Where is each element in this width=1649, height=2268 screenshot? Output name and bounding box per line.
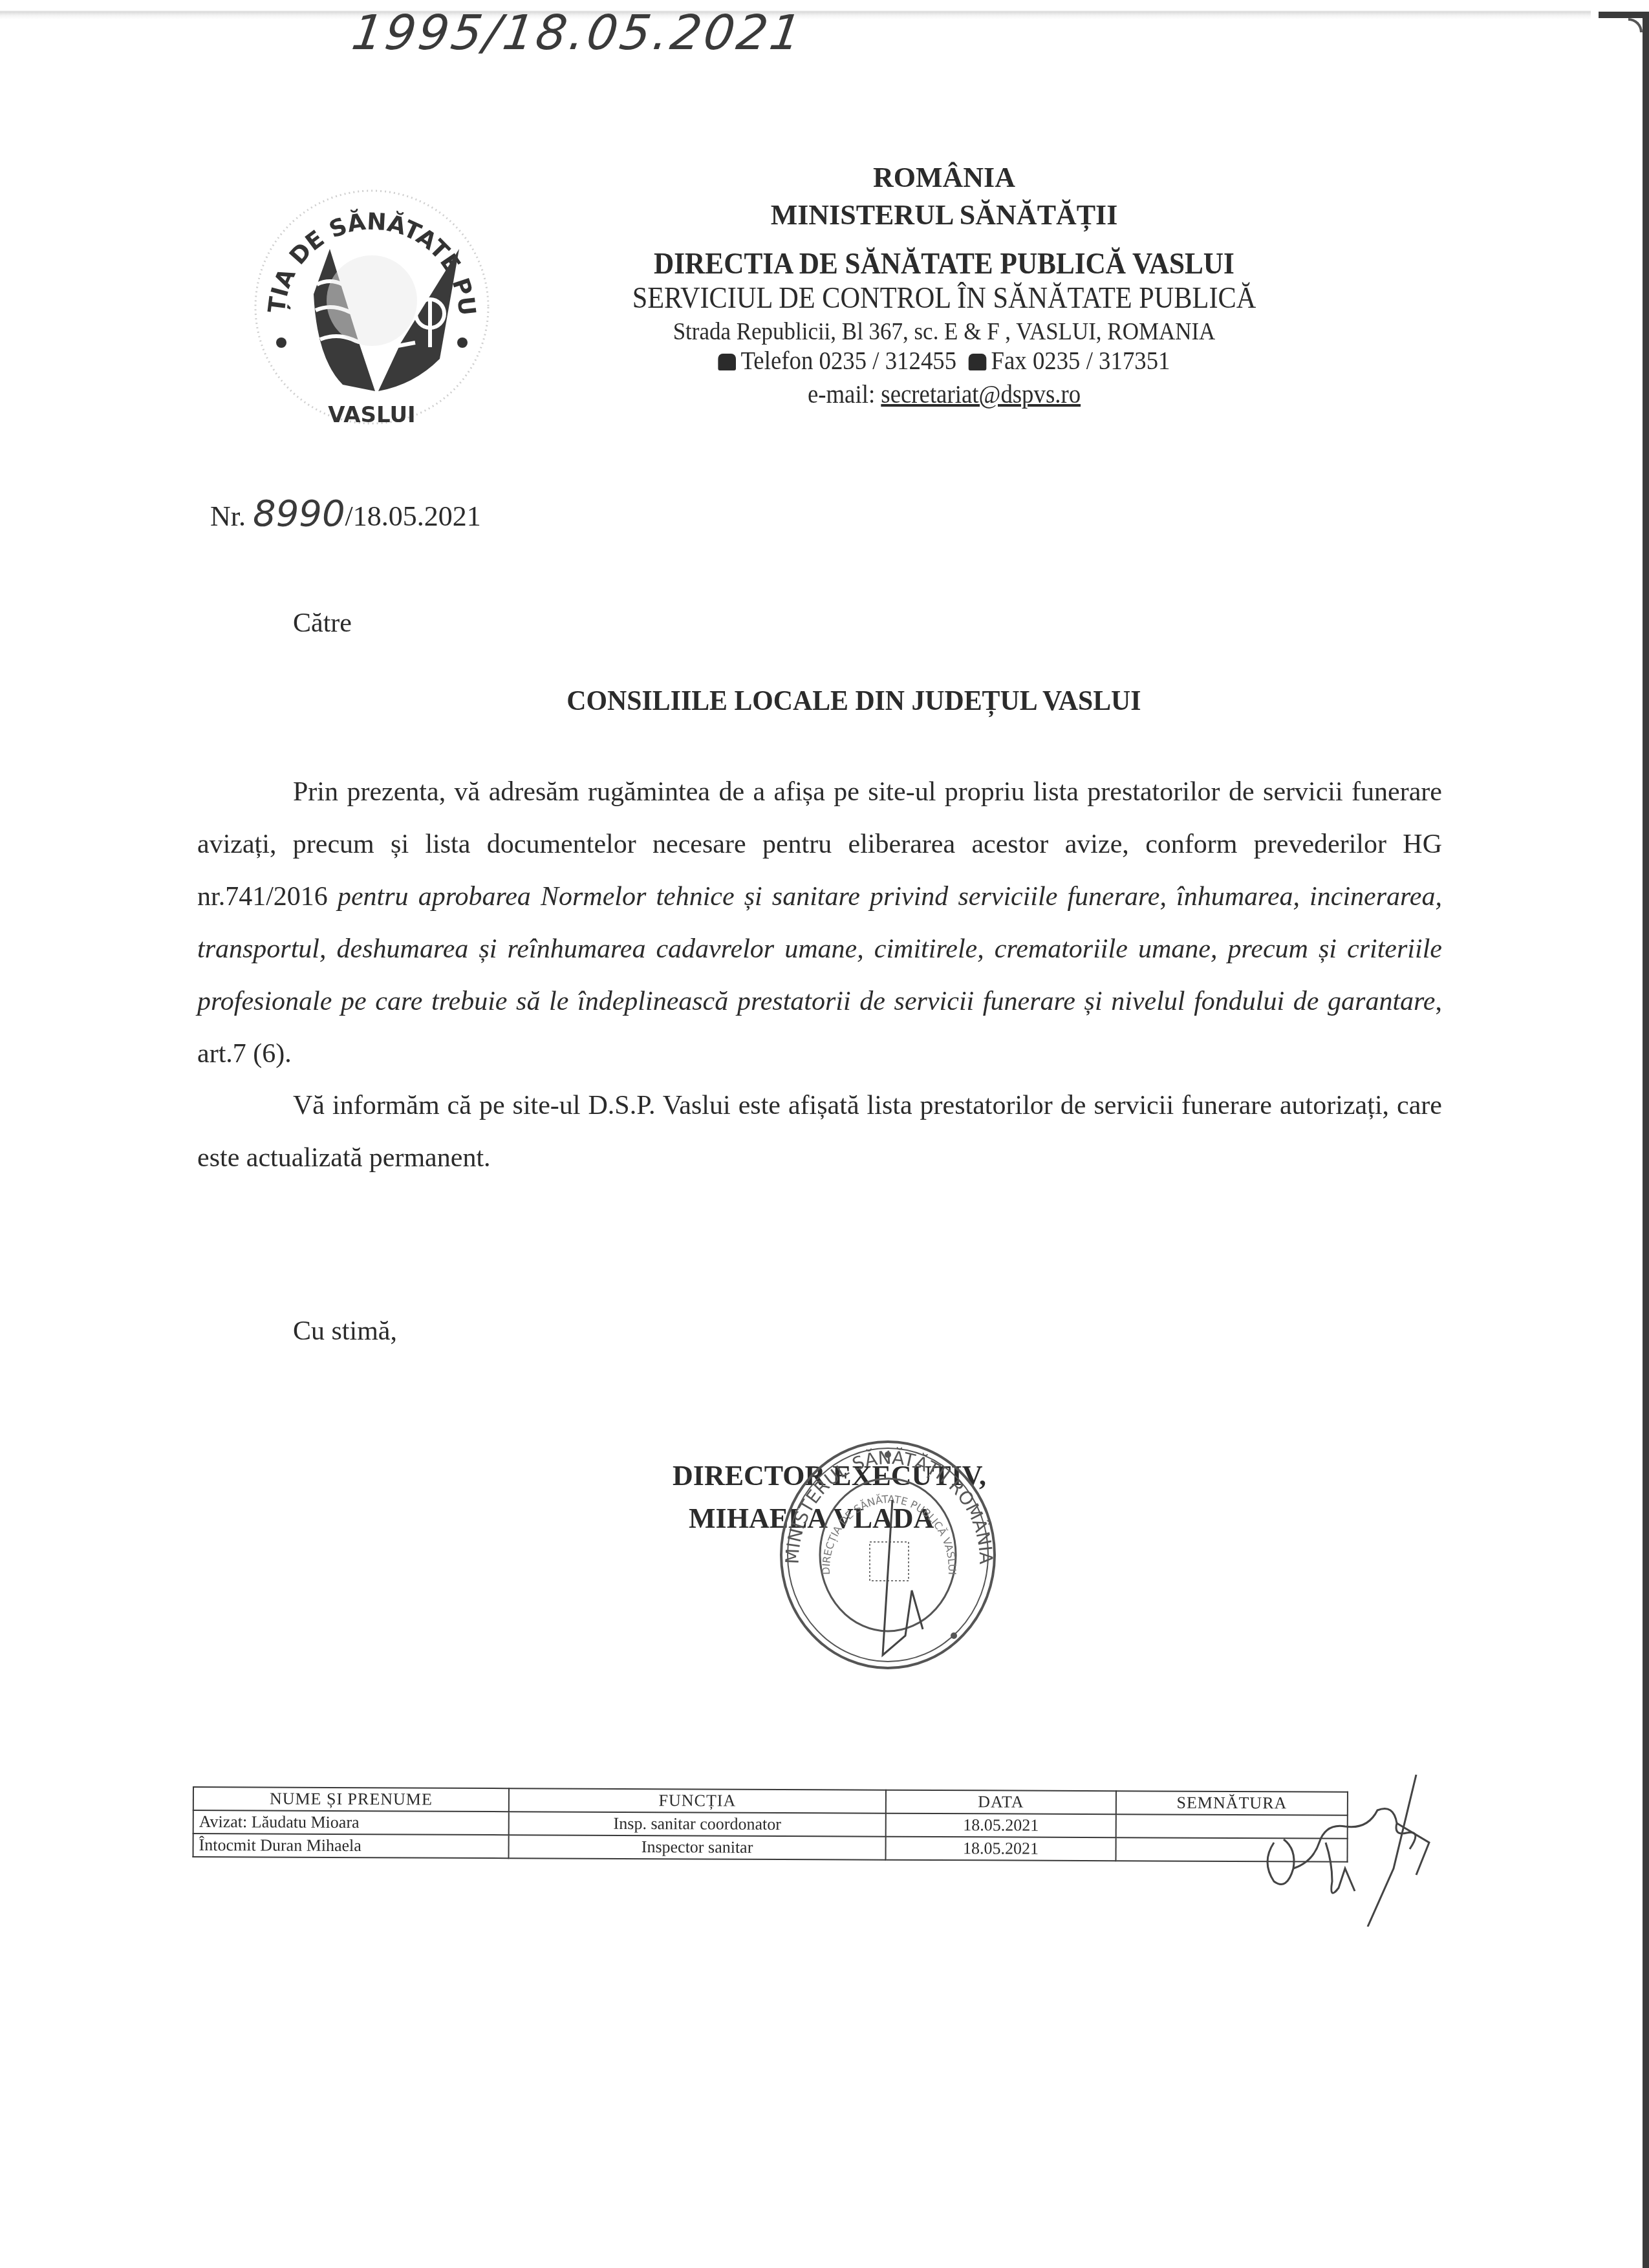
cell-date: 18.05.2021 — [886, 1837, 1116, 1861]
approval-table: NUME ȘI PRENUME FUNCȚIA DATA SEMNĂTURA A… — [193, 1786, 1348, 1863]
body-paragraph-2: Vă informăm că pe site-ul D.S.P. Vaslui … — [197, 1080, 1442, 1184]
contact-line: Telefon 0235 / 312455 Fax 0235 / 317351 — [587, 348, 1301, 374]
dsp-vaslui-emblem-icon: DIRECȚIA DE SĂNĂTATE PUBLICĂ VASLUI — [246, 178, 498, 436]
directorate-heading: DIRECTIA DE SĂNĂTATE PUBLICĂ VASLUI — [587, 249, 1301, 279]
svg-text:VASLUI: VASLUI — [328, 402, 416, 428]
header-date: DATA — [886, 1790, 1116, 1815]
letterhead: ROMÂNIA MINISTERUL SĂNĂTĂȚII DIRECTIA DE… — [556, 158, 1332, 407]
letter-body: Prin prezenta, vă adresăm rugămintea de … — [197, 766, 1442, 1184]
body-paragraph-1: Prin prezenta, vă adresăm rugămintea de … — [197, 766, 1442, 1080]
email-line: e-mail: secretariat@dspvs.ro — [587, 381, 1301, 407]
header-function: FUNCȚIA — [509, 1788, 886, 1813]
cell-function: Insp. sanitar coordonator — [509, 1812, 886, 1837]
ministry-heading: MINISTERUL SĂNĂTĂȚII — [556, 201, 1332, 230]
service-heading: SERVICIUL DE CONTROL ÎN SĂNĂTATE PUBLICĂ — [587, 283, 1301, 313]
email-label: e-mail: — [808, 380, 881, 409]
reference-date: /18.05.2021 — [345, 500, 481, 532]
handwritten-registration-mark: 1995/18.05.2021 — [349, 5, 807, 61]
fax-number: Fax 0235 / 317351 — [991, 346, 1170, 375]
handwritten-signature-icon — [1255, 1771, 1468, 1927]
addressee-intro: Către — [293, 608, 352, 639]
cell-name: Întocmit Duran Mihaela — [193, 1834, 509, 1858]
cell-function: Inspector sanitar — [509, 1835, 886, 1860]
scan-edge-right — [1599, 12, 1649, 2268]
email-link[interactable]: secretariat@dspvs.ro — [881, 380, 1081, 409]
table-row: Întocmit Duran Mihaela Inspector sanitar… — [193, 1834, 1348, 1862]
telephone-icon — [718, 354, 736, 370]
cell-name: Avizat: Lăudatu Mioara — [193, 1810, 509, 1835]
official-stamp-icon: MINISTERUL SĂNĂTĂȚII ROMÂNIA DIRECȚIA DE… — [773, 1435, 1002, 1674]
closing-salutation: Cu stimă, — [293, 1316, 397, 1347]
header-name: NUME ȘI PRENUME — [193, 1787, 509, 1812]
reference-number: Nr. 8990/18.05.2021 — [210, 493, 481, 535]
law-title: pentru aprobarea Normelor tehnice și san… — [197, 882, 1442, 1016]
addressee-recipient: CONSILIILE LOCALE DIN JUDEȚUL VASLUI — [0, 684, 1649, 717]
country-heading: ROMÂNIA — [556, 164, 1332, 192]
phone-number: Telefon 0235 / 312455 — [740, 346, 956, 375]
reference-prefix: Nr. — [210, 500, 253, 532]
fax-icon — [969, 354, 987, 370]
address-line: Strada Republicii, Bl 367, sc. E & F , V… — [587, 319, 1301, 344]
handwritten-number: 8990 — [253, 493, 345, 535]
cell-date: 18.05.2021 — [886, 1813, 1116, 1838]
